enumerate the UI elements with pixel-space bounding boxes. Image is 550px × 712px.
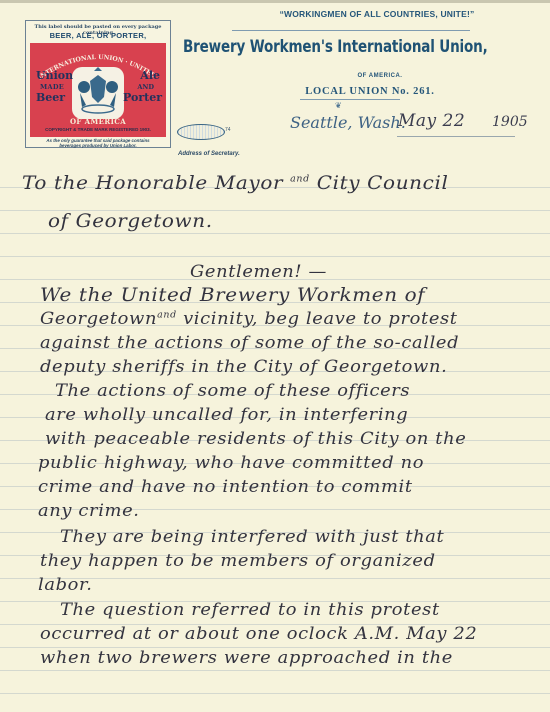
union-label: This label should be pasted on every pac… (25, 20, 171, 148)
body-line-15: occurred at or about one oclock A.M. May… (40, 624, 477, 644)
body-line-12: they happen to be members of organized (40, 551, 436, 571)
body-line-10: any crime. (38, 501, 140, 521)
motto: “WORKINGMEN OF ALL COUNTRIES, UNITE!” (232, 9, 522, 19)
body-line-13: labor. (38, 575, 93, 595)
body-line-5: The actions of some of these officers (55, 381, 410, 401)
local-divider (300, 99, 400, 100)
label-of-america: OF AMERICA (30, 117, 166, 126)
letterhead-title: Brewery Workmen's International Union, (183, 37, 478, 56)
letter-place: Seattle, Wash. (290, 113, 406, 132)
motto-divider (232, 30, 470, 31)
label-bottom-line-2: beverages produced by Union Labor. (26, 143, 170, 148)
body-line-8: public highway, who have committed no (38, 453, 424, 473)
body-line-16: when two brewers were approached in the (40, 648, 453, 668)
label-word-and: AND (137, 83, 154, 91)
salutation-addressee: To the Honorable Mayor (22, 172, 283, 194)
label-word-porter: Porter (123, 91, 162, 104)
address-of-secretary: Address of Secretary. (178, 151, 240, 157)
body-georgetown: Georgetown (40, 309, 157, 329)
label-copyright: COPYRIGHT & TRADE MARK REGISTERED 1903. (30, 127, 166, 132)
body-line-1: We the United Brewery Workmen of (40, 284, 425, 306)
letter-year: 1905 (492, 114, 528, 130)
label-word-ale: Ale (140, 69, 160, 82)
ornament-icon: ❦ (335, 101, 342, 110)
salutation-and: and (290, 175, 310, 185)
label-products: BEER, ALE, OR PORTER, (26, 31, 170, 40)
body-line-14: The question referred to in this protest (60, 600, 440, 620)
date-underline (397, 136, 515, 137)
body-line-6: are wholly uncalled for, in interfering (45, 405, 408, 425)
body-line-9: crime and have no intention to commit (38, 477, 413, 497)
body-line-2: Georgetownand vicinity, beg leave to pro… (40, 309, 458, 329)
body-line-11: They are being interfered with just that (60, 527, 444, 547)
label-red-panel: INTERNATIONAL UNION · UNITED BREWERY WOR… (30, 43, 166, 137)
union-stamp-icon (177, 124, 225, 140)
label-word-union: Union (36, 69, 73, 82)
body-vicinity: vicinity, beg leave to protest (183, 309, 458, 329)
stamp-number: 74 (225, 127, 231, 133)
paper-edge (0, 0, 550, 3)
body-and: and (157, 310, 177, 320)
letterhead-subtitle: OF AMERICA. (320, 73, 440, 79)
salutation-council: City Council (317, 172, 449, 194)
label-word-made: MADE (40, 83, 64, 91)
greeting: Gentlemen! — (190, 262, 327, 282)
salutation-line-2: of Georgetown. (48, 210, 213, 232)
salutation-line-1: To the Honorable Mayor and City Council (22, 172, 448, 194)
local-union-number: LOCAL UNION No. 261. (260, 86, 480, 97)
body-line-4: deputy sheriffs in the City of Georgetow… (40, 357, 447, 377)
letter-date: May 22 (398, 111, 465, 131)
body-line-7: with peaceable residents of this City on… (45, 429, 466, 449)
coat-of-arms-icon (72, 67, 124, 119)
label-bottom-note: As the only guarantee that said package … (26, 138, 170, 148)
body-line-3: against the actions of some of the so-ca… (40, 333, 459, 353)
label-word-beer: Beer (36, 91, 65, 104)
